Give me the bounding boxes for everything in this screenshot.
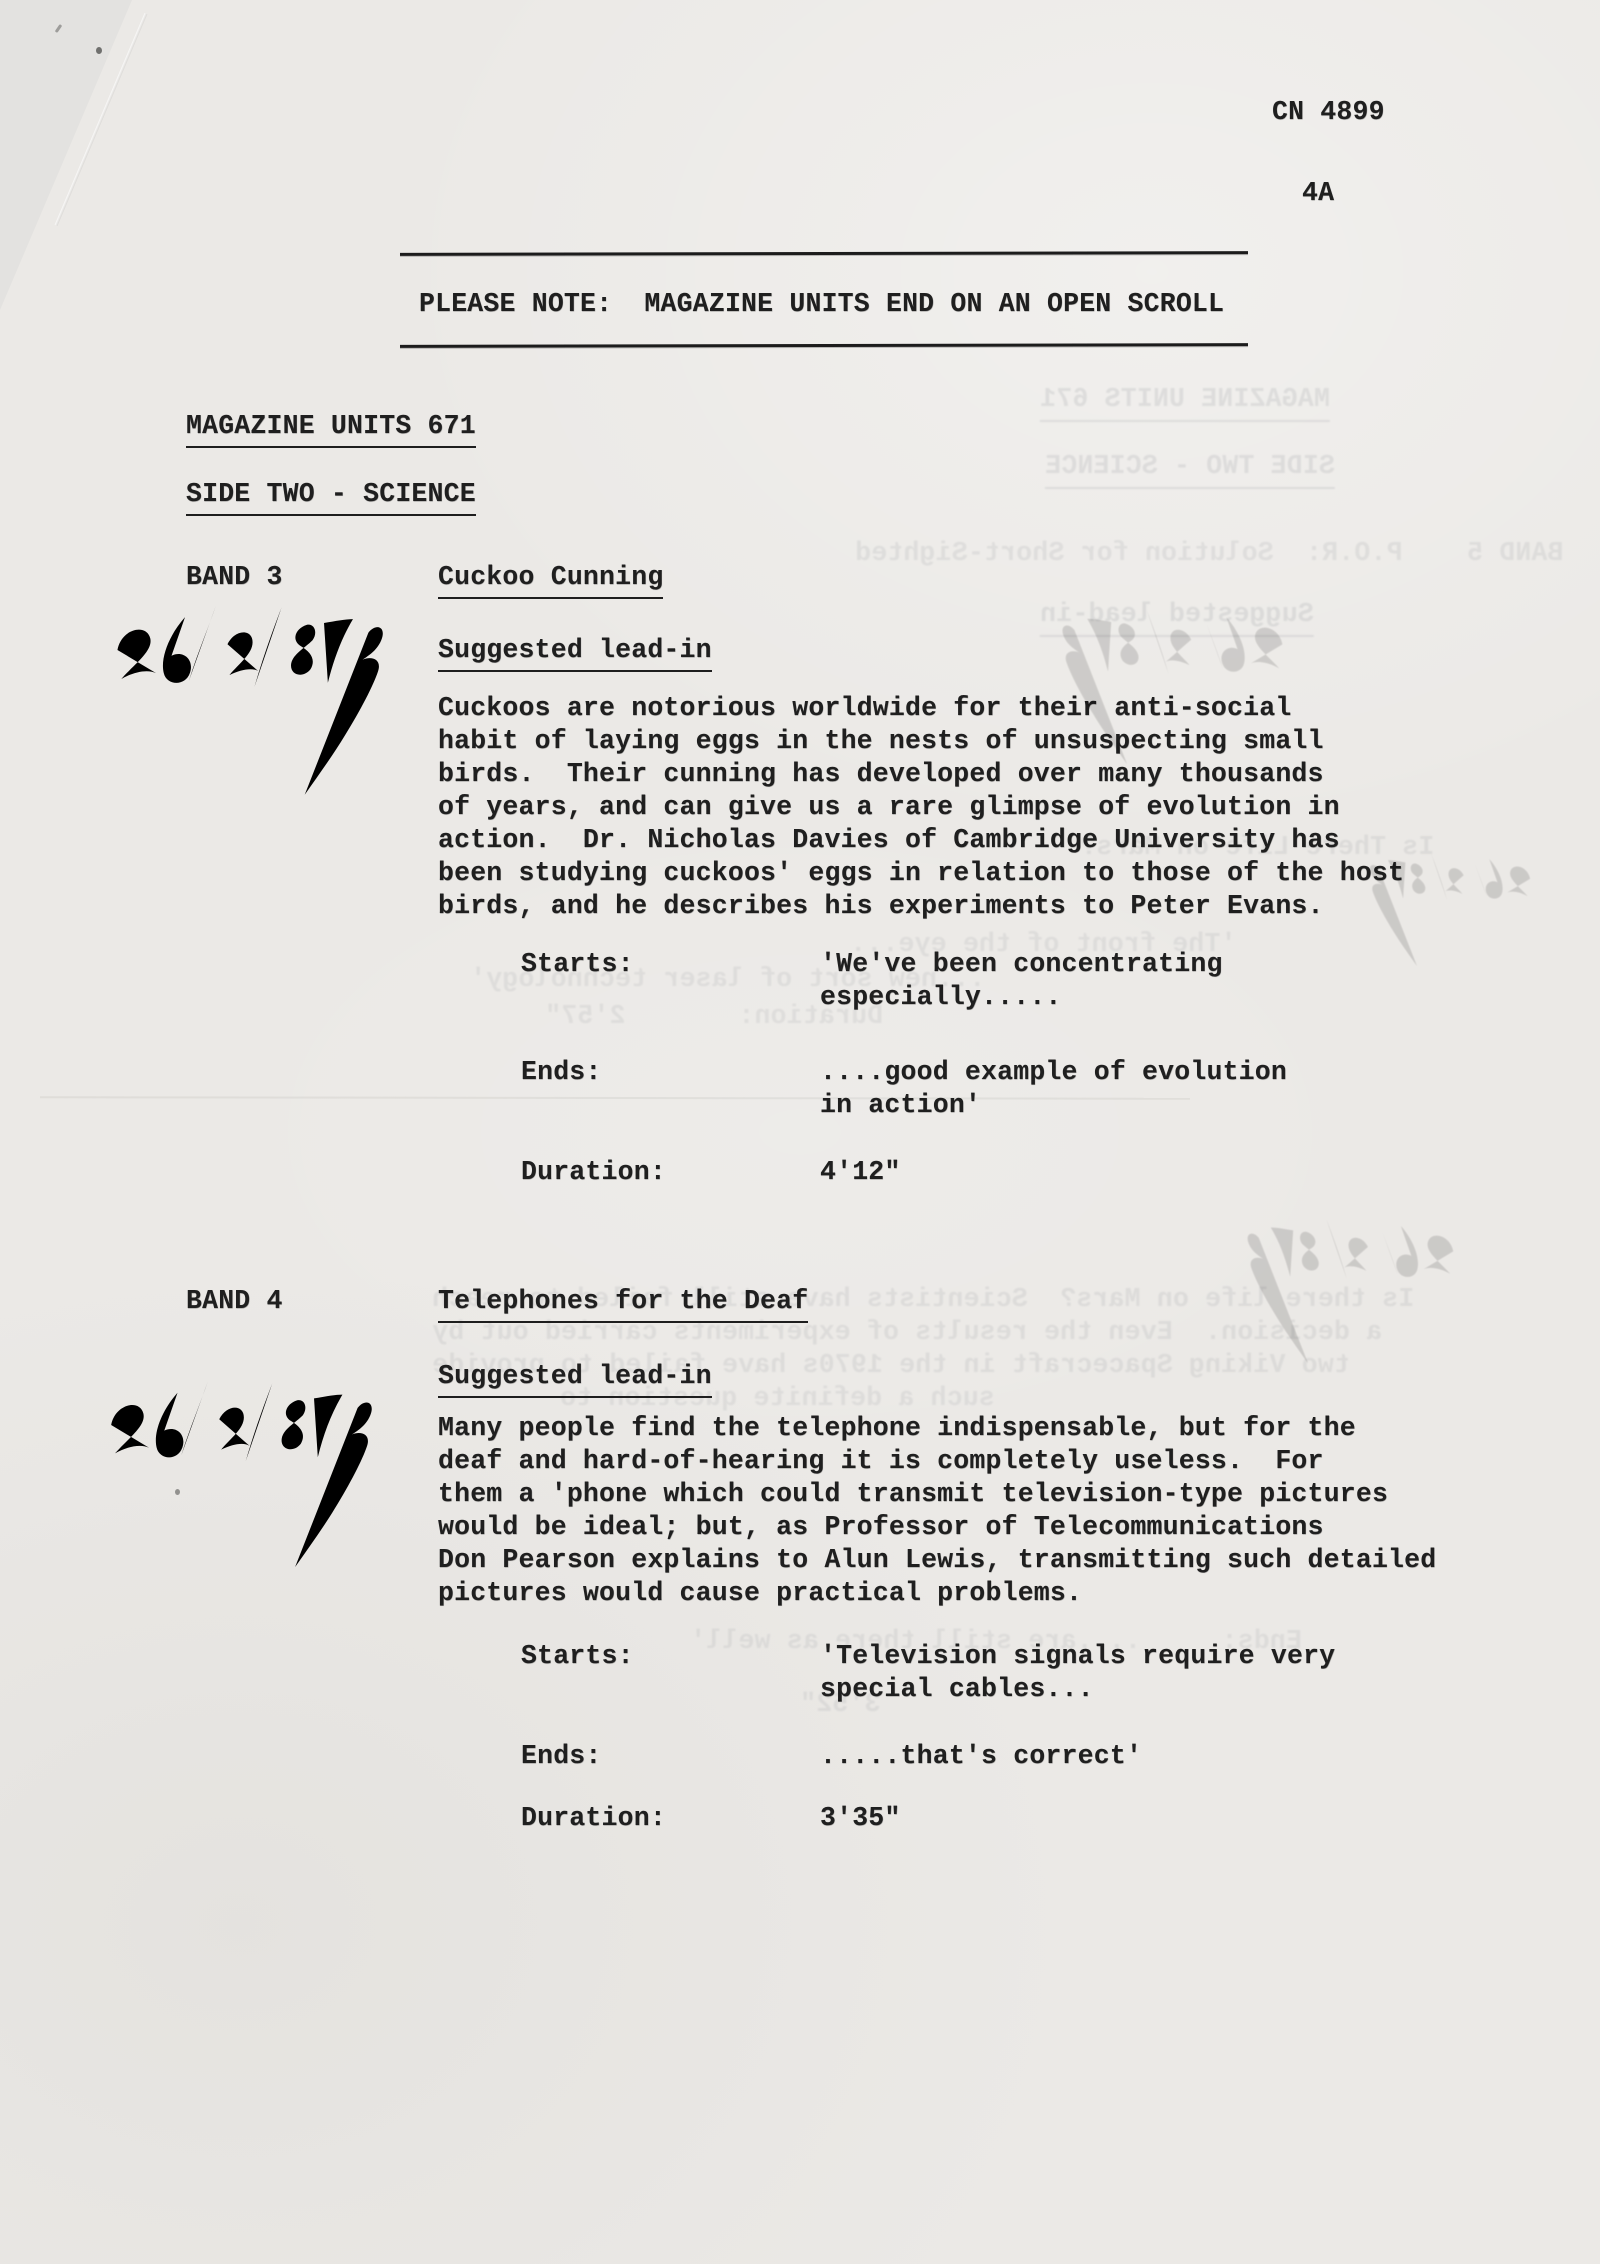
band4-label: BAND 4 bbox=[186, 1285, 283, 1318]
divider-line bbox=[400, 343, 1248, 348]
band3-duration-value: 4'12" bbox=[820, 1156, 901, 1189]
band4-duration-value: 3'35" bbox=[820, 1802, 901, 1835]
band4-leadin-heading: Suggested lead-in bbox=[438, 1361, 712, 1398]
band4-duration-label: Duration: bbox=[521, 1802, 666, 1835]
scanner-bed-corner bbox=[0, 0, 132, 310]
scan-speck bbox=[175, 1489, 180, 1495]
band4-leadin-paragraph: Many people find the telephone indispens… bbox=[438, 1412, 1498, 1610]
band3-label: BAND 3 bbox=[186, 561, 283, 594]
document-subtitle: SIDE TWO - SCIENCE bbox=[186, 479, 476, 516]
band3-ends-label: Ends: bbox=[521, 1056, 602, 1089]
reference-number: CN 4899 bbox=[1272, 96, 1385, 129]
bleedthrough-handwriting bbox=[1368, 845, 1543, 979]
band3-starts-value: 'We've been concentrating especially....… bbox=[820, 948, 1223, 1014]
bleedthrough-text: BAND 5 P.O.R: Solution for Short-Sighted bbox=[855, 537, 1564, 570]
band4-title: Telephones for the Deaf bbox=[438, 1286, 808, 1323]
notice-text: PLEASE NOTE: MAGAZINE UNITS END ON AN OP… bbox=[419, 288, 1224, 321]
bleedthrough-handwriting bbox=[1245, 1208, 1470, 1380]
document-title: MAGAZINE UNITS 671 bbox=[186, 411, 476, 448]
band4-ends-value: .....that's correct' bbox=[820, 1740, 1142, 1773]
band4-starts-value: 'Television signals require very special… bbox=[820, 1640, 1335, 1706]
divider-line bbox=[400, 251, 1248, 256]
band3-starts-label: Starts: bbox=[521, 948, 634, 981]
bleedthrough-text: SIDE TWO - SCIENCE bbox=[1045, 450, 1335, 489]
page-number: 4A bbox=[1302, 177, 1334, 210]
handwritten-date-band3 bbox=[96, 594, 386, 816]
band4-starts-label: Starts: bbox=[521, 1640, 634, 1673]
bleedthrough-handwriting bbox=[1060, 598, 1300, 782]
band3-ends-value: ....good example of evolution in action' bbox=[820, 1056, 1287, 1122]
band3-duration-label: Duration: bbox=[521, 1156, 666, 1189]
band3-leadin-paragraph: Cuckoos are notorious worldwide for thei… bbox=[438, 692, 1458, 923]
band3-title: Cuckoo Cunning bbox=[438, 562, 663, 599]
bleedthrough-text: MAGAZINE UNITS 671 bbox=[1040, 383, 1330, 422]
band3-leadin-heading: Suggested lead-in bbox=[438, 635, 712, 672]
band4-ends-label: Ends: bbox=[521, 1740, 602, 1773]
scan-speck bbox=[96, 47, 102, 54]
scanned-document-page: MAGAZINE UNITS 671 SIDE TWO - SCIENCE BA… bbox=[0, 0, 1600, 2264]
handwritten-date-band4 bbox=[90, 1370, 375, 1588]
